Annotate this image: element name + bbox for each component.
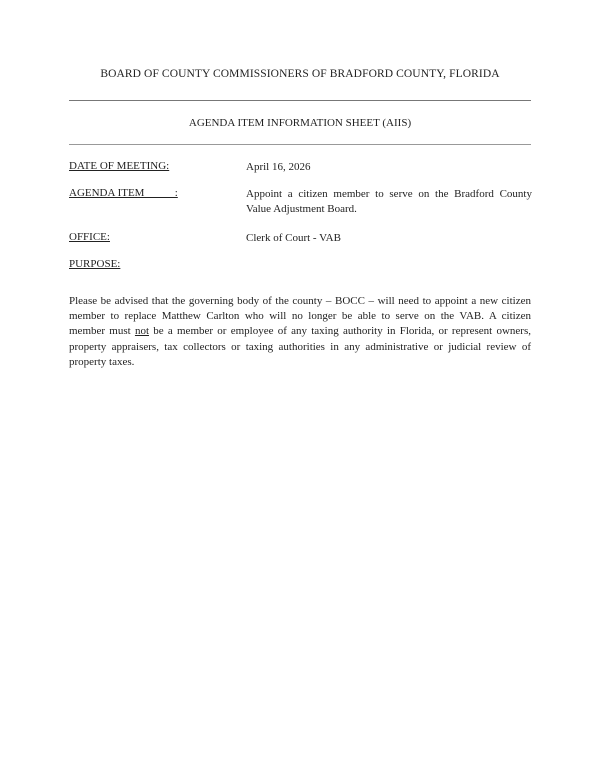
- purpose-line: Please be advised that the governing bod…: [69, 294, 531, 309]
- header-divider: [69, 100, 531, 101]
- purpose-label: PURPOSE:: [69, 258, 120, 270]
- office-label: OFFICE:: [69, 231, 110, 243]
- agenda-item-value: Appoint a citizen member to serve on the…: [246, 187, 532, 217]
- date-value-text: April 16, 2026: [246, 160, 532, 175]
- title-divider: [69, 144, 531, 145]
- office-value: Clerk of Court - VAB: [246, 231, 532, 246]
- purpose-paragraph: Please be advised that the governing bod…: [69, 294, 531, 370]
- purpose-line: property appraisers, tax collectors or t…: [69, 340, 531, 355]
- emphasis-not: not: [135, 325, 149, 337]
- purpose-line: member must not be a member or employee …: [69, 324, 531, 339]
- purpose-text: member must: [69, 325, 135, 337]
- purpose-text: be a member or employee of any taxing au…: [149, 325, 531, 337]
- date-of-meeting-value: April 16, 2026: [246, 160, 532, 175]
- agenda-item-line: Value Adjustment Board.: [246, 202, 532, 217]
- sheet-title: AGENDA ITEM INFORMATION SHEET (AIIS): [0, 117, 600, 129]
- agenda-document-page: BOARD OF COUNTY COMMISSIONERS OF BRADFOR…: [0, 0, 600, 776]
- office-value-text: Clerk of Court - VAB: [246, 231, 532, 246]
- purpose-line: property taxes.: [69, 355, 531, 370]
- date-of-meeting-label: DATE OF MEETING:: [69, 160, 169, 172]
- organization-title: BOARD OF COUNTY COMMISSIONERS OF BRADFOR…: [0, 68, 600, 80]
- purpose-line: member to replace Matthew Carlton who wi…: [69, 309, 531, 324]
- agenda-item-line: Appoint a citizen member to serve on the…: [246, 187, 532, 202]
- agenda-item-label: AGENDA ITEM _____:: [69, 187, 178, 199]
